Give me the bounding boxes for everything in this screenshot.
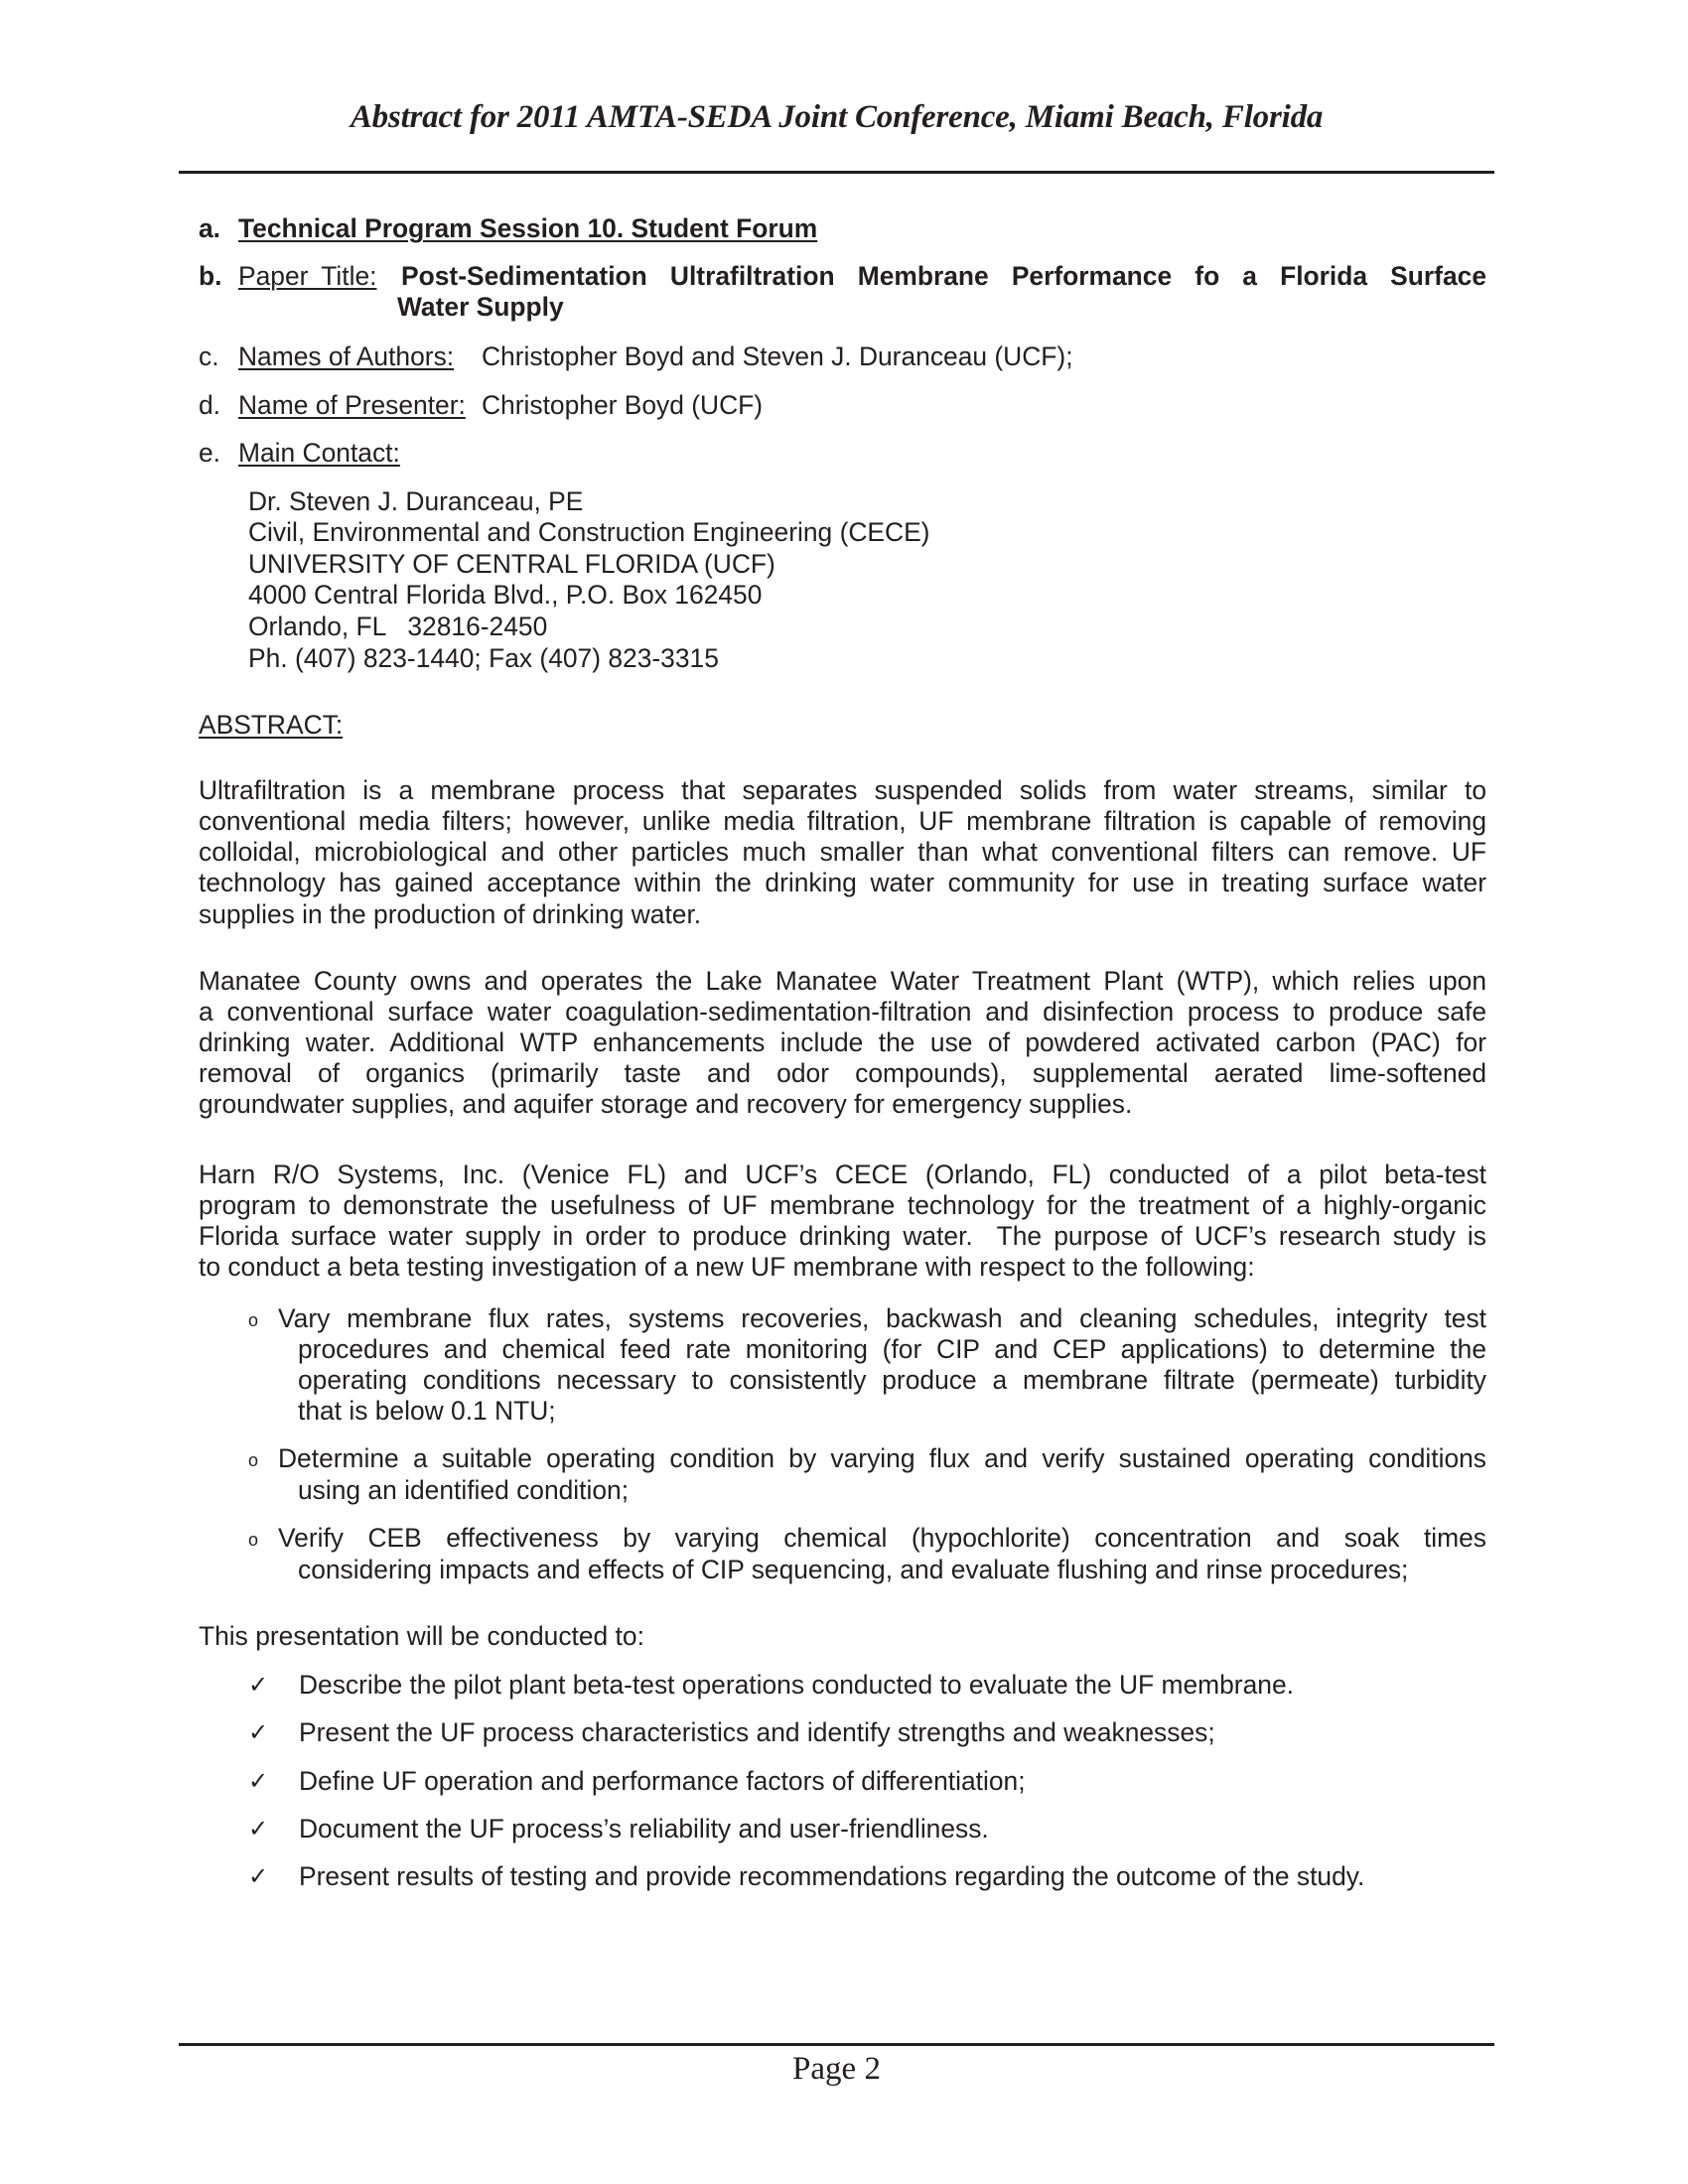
contact-phone: Ph. (407) 823-1440; Fax (407) 823-3315 [248,642,719,674]
abstract-heading: ABSTRACT: [199,709,343,741]
goal-text: Present results of testing and provide r… [299,1860,1364,1892]
objective-line: that is below 0.1 NTU; [298,1395,556,1427]
objective-line: Determine a suitable operating condition… [278,1442,1486,1474]
paragraph-line: a conventional surface water coagulation… [199,996,1486,1027]
paragraph-line: Florida surface water supply in order to… [199,1220,1486,1252]
objective-line: considering impacts and effects of CIP s… [298,1554,1408,1585]
paragraph-line: supplies in the production of drinking w… [199,898,701,930]
item-c-marker: c. [199,341,219,372]
item-d-marker: d. [199,389,220,421]
paragraph-line: Harn R/O Systems, Inc. (Venice FL) and U… [199,1159,1486,1190]
footer-divider [179,2043,1494,2046]
checkmark-icon: ✓ [248,1716,268,1748]
presenter-label: Name of Presenter: [238,389,466,421]
objective-line: Verify CEB effectiveness by varying chem… [278,1522,1486,1554]
presenter-value: Christopher Boyd (UCF) [482,389,763,421]
goal-text: Define UF operation and performance fact… [299,1765,1026,1797]
circle-bullet-icon: o [248,1524,258,1556]
paragraph-line: groundwater supplies, and aquifer storag… [199,1088,1132,1120]
contact-address: 4000 Central Florida Blvd., P.O. Box 162… [248,579,762,611]
contact-name: Dr. Steven J. Duranceau, PE [248,485,583,517]
page-header-title: Abstract for 2011 AMTA-SEDA Joint Confer… [179,97,1494,137]
paragraph-line: conventional media filters; however, unl… [199,805,1486,837]
goal-text: Document the UF process’s reliability an… [299,1813,989,1844]
contact-department: Civil, Environmental and Construction En… [248,516,929,548]
paragraph-line: removal of organics (primarily taste and… [199,1057,1486,1089]
main-contact-label: Main Contact: [238,437,400,469]
goal-text: Present the UF process characteristics a… [299,1716,1215,1748]
paper-title-line-2: Water Supply [397,291,564,323]
objective-line: operating conditions necessary to consis… [298,1364,1486,1396]
document-page: Abstract for 2011 AMTA-SEDA Joint Confer… [0,0,1688,2184]
paragraph-line: program to demonstrate the usefulness of… [199,1189,1486,1221]
objective-line: using an identified condition; [298,1474,629,1506]
checkmark-icon: ✓ [248,1813,268,1844]
session-heading: Technical Program Session 10. Student Fo… [238,212,817,244]
contact-university: UNIVERSITY OF CENTRAL FLORIDA (UCF) [248,548,775,580]
item-b-marker: b. [199,260,221,292]
checkmark-icon: ✓ [248,1765,268,1797]
paper-title-label: Paper Title: [238,260,377,292]
paragraph-line: Manatee County owns and operates the Lak… [199,965,1486,997]
objective-line: procedures and chemical feed rate monito… [298,1333,1486,1365]
checkmark-icon: ✓ [248,1669,268,1701]
contact-city: Orlando, FL 32816-2450 [248,611,547,642]
presentation-intro: This presentation will be conducted to: [199,1620,644,1652]
paper-title-line-1: Post-Sedimentation Ultrafiltration Membr… [401,260,1486,292]
header-divider [179,171,1494,174]
paragraph-line: Ultrafiltration is a membrane process th… [199,774,1486,806]
objective-line: Vary membrane flux rates, systems recove… [278,1302,1486,1334]
paragraph-line: to conduct a beta testing investigation … [199,1251,1255,1283]
item-a-marker: a. [199,212,220,244]
authors-label: Names of Authors: [238,341,454,372]
checkmark-icon: ✓ [248,1860,268,1892]
paragraph-line: colloidal, microbiological and other par… [199,836,1486,868]
page-number: Page 2 [179,2049,1494,2089]
goal-text: Describe the pilot plant beta-test opera… [299,1669,1294,1701]
paragraph-line: technology has gained acceptance within … [199,867,1486,898]
paragraph-line: drinking water. Additional WTP enhanceme… [199,1026,1486,1058]
authors-value: Christopher Boyd and Steven J. Duranceau… [482,341,1073,372]
circle-bullet-icon: o [248,1304,258,1336]
circle-bullet-icon: o [248,1444,258,1476]
item-e-marker: e. [199,437,220,469]
